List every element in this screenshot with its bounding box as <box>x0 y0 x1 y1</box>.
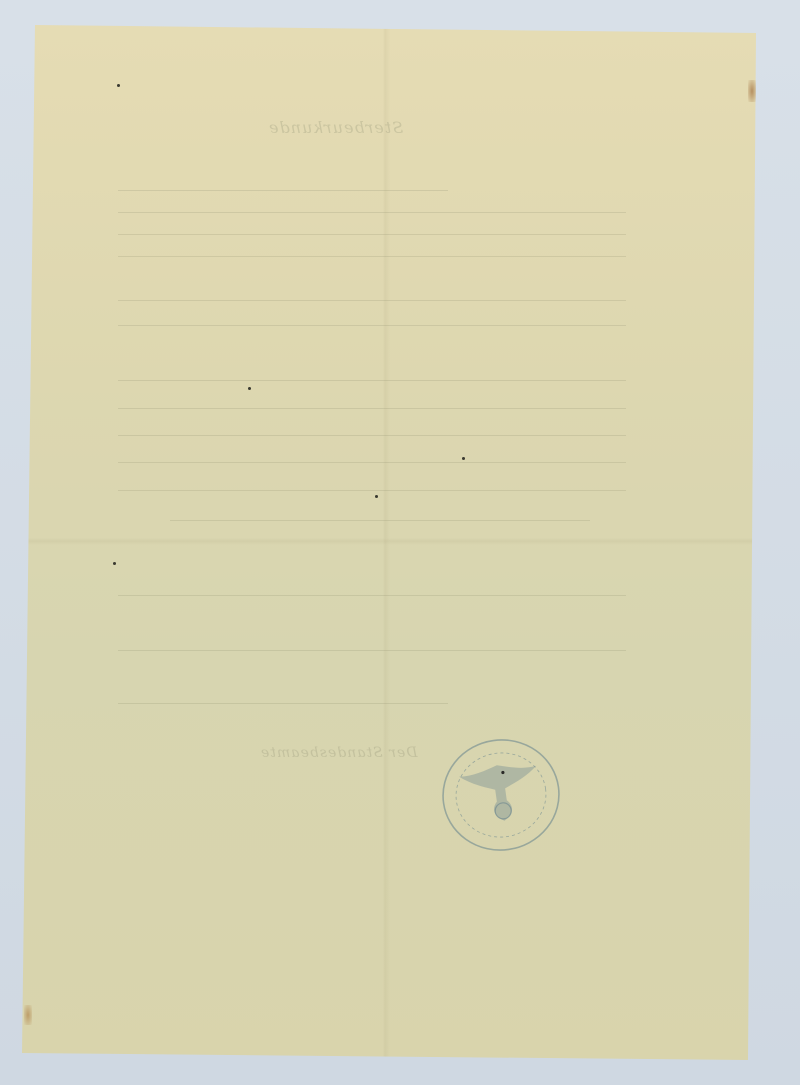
ghost-line <box>118 408 626 409</box>
ghost-heading: Sterbeurkunde <box>268 118 403 137</box>
speck <box>117 84 120 87</box>
show-through-text: Sterbeurkunde Der Standesbeamte <box>0 0 800 1085</box>
stain-top-right <box>748 80 756 102</box>
speck <box>462 457 465 460</box>
ghost-line <box>118 595 626 596</box>
ghost-line <box>170 520 590 521</box>
eagle-emblem-icon <box>430 727 571 863</box>
ghost-line <box>118 256 626 257</box>
ghost-line <box>118 380 626 381</box>
ghost-line <box>118 435 626 436</box>
ghost-line <box>118 650 626 651</box>
ghost-signature-line: Der Standesbeamte <box>260 745 417 761</box>
ghost-line <box>118 234 626 235</box>
ghost-line <box>118 212 626 213</box>
speck <box>113 562 116 565</box>
ghost-line <box>118 190 448 191</box>
ghost-line <box>118 490 626 491</box>
stain-bottom-left <box>24 1005 32 1025</box>
ghost-line <box>118 703 448 704</box>
ghost-line <box>118 300 626 301</box>
ghost-line <box>118 462 626 463</box>
speck <box>248 387 251 390</box>
ghost-line <box>118 325 626 326</box>
official-stamp <box>430 727 571 863</box>
speck <box>375 495 378 498</box>
